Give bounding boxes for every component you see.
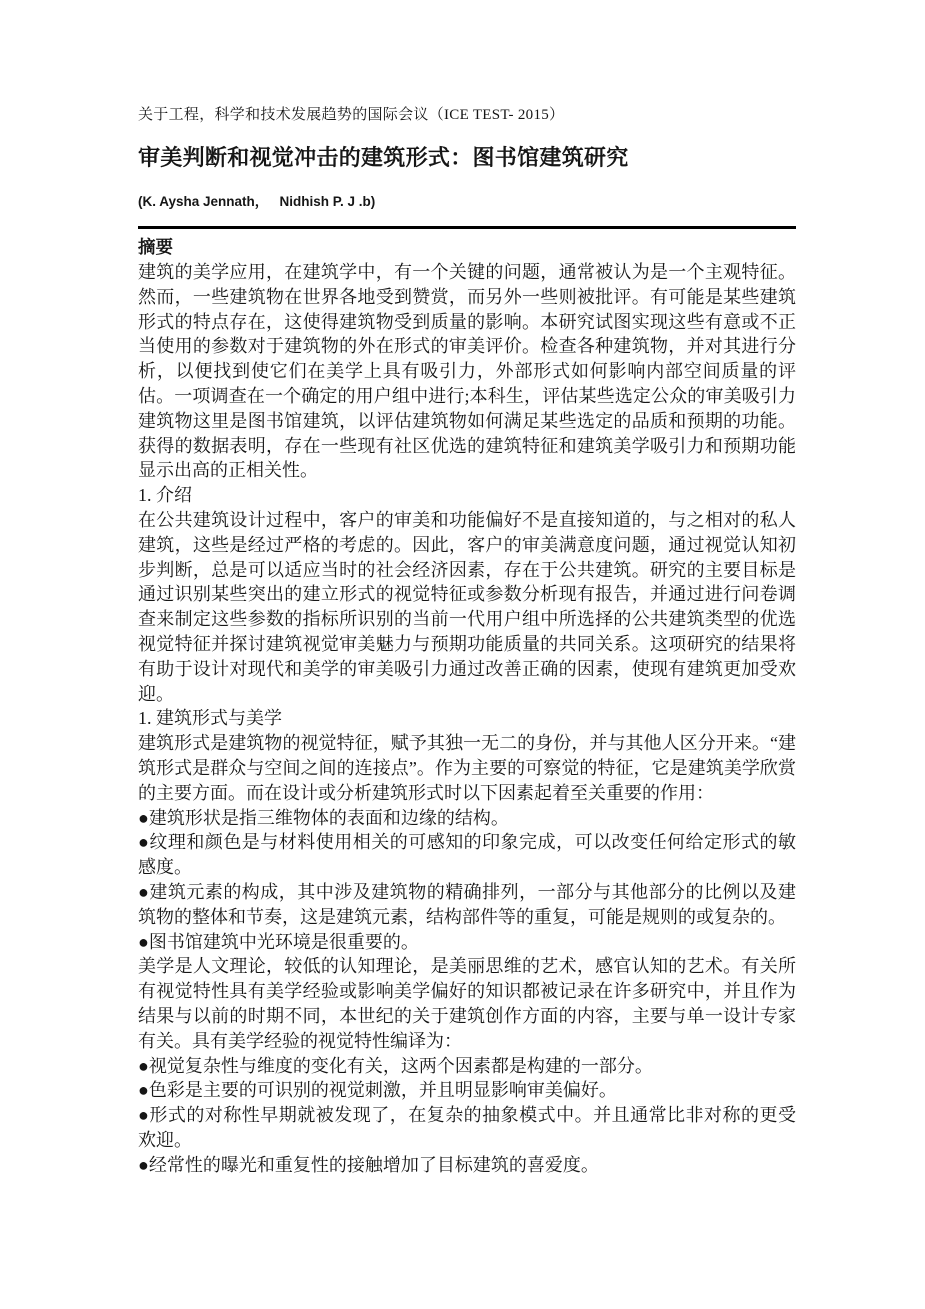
bullet-item-symmetry: ●形式的对称性早期就被发现了，在复杂的抽象模式中。并且通常比非对称的更受欢迎。 — [138, 1103, 796, 1153]
bullet-item-composition: ●建筑元素的构成，其中涉及建筑物的精确排列，一部分与其他部分的比例以及建筑物的整… — [138, 880, 796, 930]
bullet-item-repeated-exposure: ●经常性的曝光和重复性的接触增加了目标建筑的喜爱度。 — [138, 1153, 796, 1178]
document-page: 关于工程，科学和技术发展趋势的国际会议（ICE TEST- 2015） 审美判断… — [0, 0, 925, 1309]
section-heading-introduction: 1. 介绍 — [138, 483, 796, 508]
page-content: 关于工程，科学和技术发展趋势的国际会议（ICE TEST- 2015） 审美判断… — [138, 106, 796, 1177]
building-form-paragraph: 建筑形式是建筑物的视觉特征，赋予其独一无二的身份，并与其他人区分开来。“建筑形式… — [138, 731, 796, 805]
abstract-paragraph: 建筑的美学应用，在建筑学中，有一个关键的问题，通常被认为是一个主观特征。然而，一… — [138, 260, 796, 483]
paper-title: 审美判断和视觉冲击的建筑形式：图书馆建筑研究 — [138, 143, 796, 173]
abstract-heading: 摘要 — [138, 235, 796, 260]
bullet-item-visual-complexity: ●视觉复杂性与维度的变化有关，这两个因素都是构建的一部分。 — [138, 1054, 796, 1079]
bullet-item-color-stimulus: ●色彩是主要的可识别的视觉刺激，并且明显影响审美偏好。 — [138, 1078, 796, 1103]
conference-line: 关于工程，科学和技术发展趋势的国际会议（ICE TEST- 2015） — [138, 106, 796, 125]
divider-rule — [138, 226, 796, 229]
bullet-item-texture-color: ●纹理和颜色是与材料使用相关的可感知的印象完成，可以改变任何给定形式的敏感度。 — [138, 830, 796, 880]
introduction-paragraph: 在公共建筑设计过程中，客户的审美和功能偏好不是直接知道的，与之相对的私人建筑，这… — [138, 508, 796, 706]
section-heading-building-form-aesthetics: 1. 建筑形式与美学 — [138, 706, 796, 731]
aesthetics-paragraph: 美学是人文理论，较低的认知理论，是美丽思维的艺术，感官认知的艺术。有关所有视觉特… — [138, 954, 796, 1053]
bullet-item-shape: ●建筑形状是指三维物体的表面和边缘的结构。 — [138, 806, 796, 831]
authors-line: (K. Aysha Jennath， Nidhish P. J .b) — [138, 193, 796, 210]
bullet-item-light-environment: ●图书馆建筑中光环境是很重要的。 — [138, 930, 796, 955]
